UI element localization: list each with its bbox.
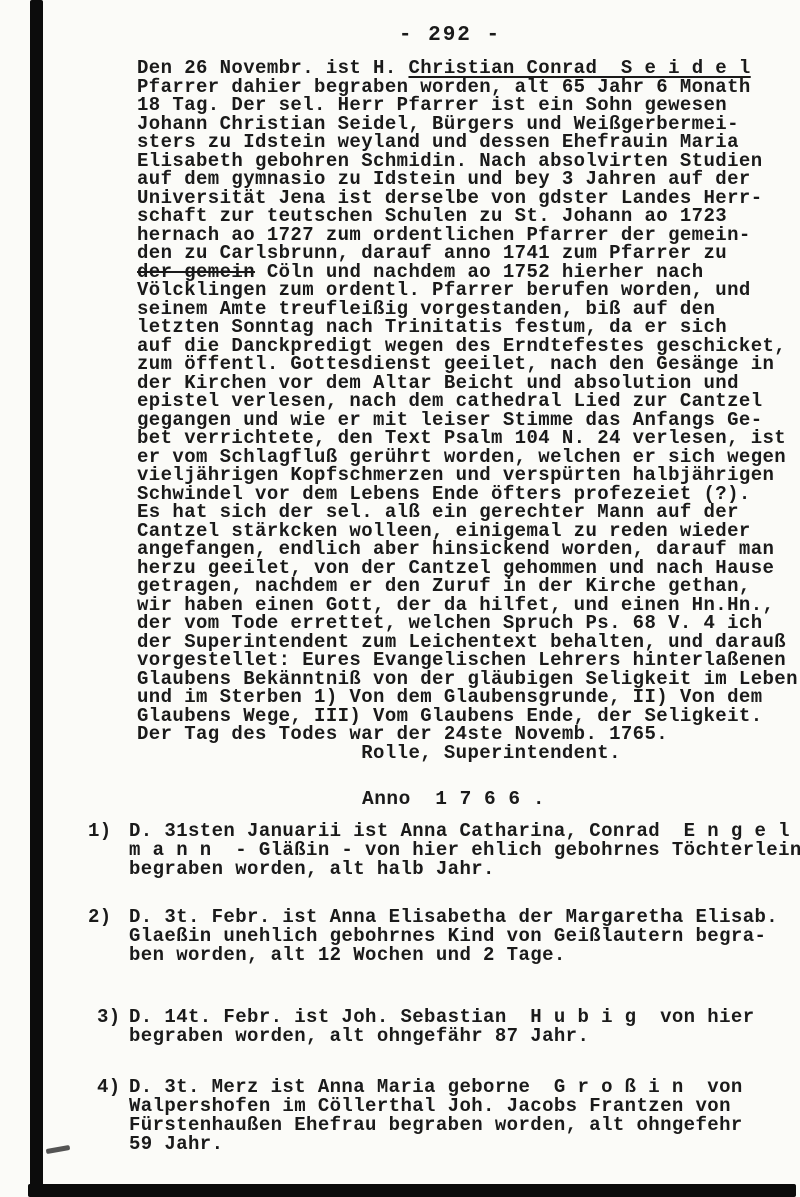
entry-text: D. 14t. Febr. ist Joh. Sebastian H u b i…: [129, 1008, 755, 1046]
entry-line: begraben worden, alt halb Jahr.: [129, 860, 800, 879]
scan-edge-bottom: [28, 1184, 796, 1197]
entry-line: 59 Jahr.: [129, 1135, 743, 1154]
text-segment: begraben worden, alt halb Jahr.: [129, 858, 495, 880]
page-number: - 292 -: [100, 24, 800, 47]
entry-number: 3): [88, 1008, 129, 1027]
entry-number: 2): [88, 908, 129, 927]
entry-text: D. 3t. Febr. ist Anna Elisabetha der Mar…: [129, 908, 778, 965]
burial-entries-1766: 1)D. 31sten Januarii ist Anna Catharina,…: [88, 822, 788, 1154]
entry-number: 1): [88, 822, 129, 841]
scan-smudge: [46, 1145, 71, 1154]
scan-edge-left: [30, 0, 43, 1197]
burial-entry: 1)D. 31sten Januarii ist Anna Catharina,…: [88, 822, 788, 879]
text-segment: ben worden, alt 12 Wochen und 2 Tage.: [129, 944, 566, 966]
entry-text: D. 31sten Januarii ist Anna Catharina, C…: [129, 822, 800, 879]
burial-record-1765: Den 26 Novembr. ist H. Christian Conrad …: [137, 59, 797, 762]
burial-entry: 4)D. 3t. Merz ist Anna Maria geborne G r…: [88, 1078, 788, 1154]
text-segment: Rolle, Superintendent.: [137, 742, 621, 764]
burial-entry: 3)D. 14t. Febr. ist Joh. Sebastian H u b…: [88, 1008, 788, 1046]
entry-number: 4): [88, 1078, 129, 1097]
record-line: Rolle, Superintendent.: [137, 744, 797, 763]
anno-1766-heading: Anno 1 7 6 6 .: [362, 788, 545, 810]
text-segment: 59 Jahr.: [129, 1133, 223, 1155]
entry-line: begraben worden, alt ohngefähr 87 Jahr.: [129, 1027, 755, 1046]
entry-line: ben worden, alt 12 Wochen und 2 Tage.: [129, 946, 778, 965]
burial-entry: 2)D. 3t. Febr. ist Anna Elisabetha der M…: [88, 908, 788, 965]
entry-text: D. 3t. Merz ist Anna Maria geborne G r o…: [129, 1078, 743, 1154]
text-segment: begraben worden, alt ohngefähr 87 Jahr.: [129, 1025, 589, 1047]
